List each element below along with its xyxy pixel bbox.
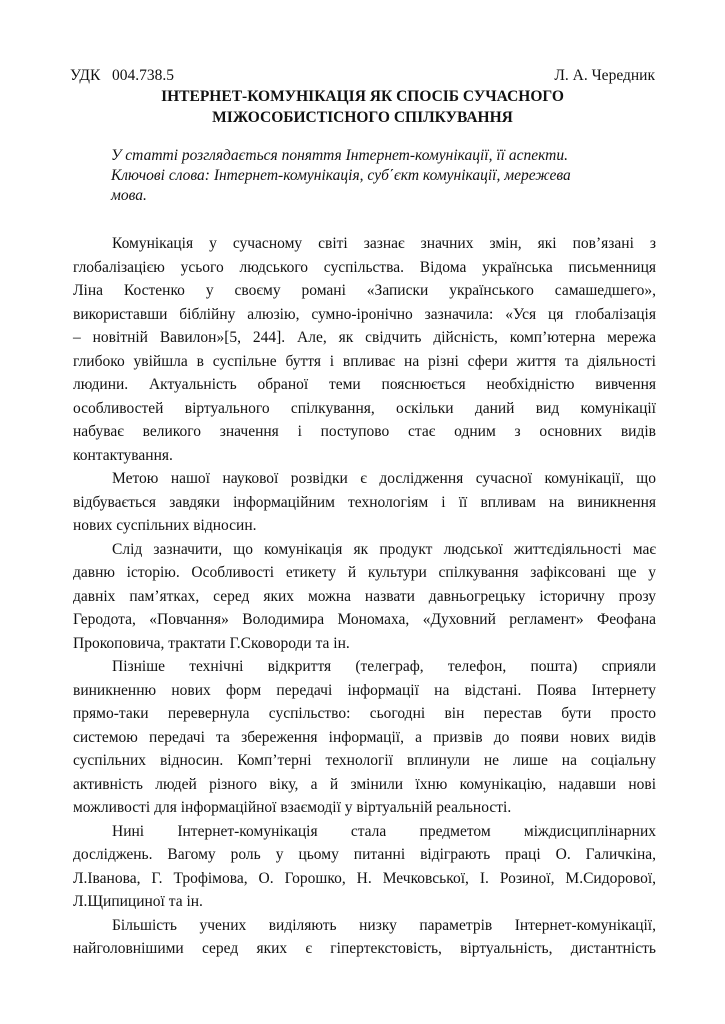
text-line: давніх пам’ятках, серед яких можна назва…	[73, 585, 656, 609]
text-line: людини. Актуальність обраної теми поясню…	[73, 373, 656, 397]
abstract: У статті розглядається поняття Інтернет-…	[111, 146, 656, 206]
text-line: системою передачі та збереження інформац…	[73, 726, 656, 750]
paragraph: Комунікація у сучасному світі зазнає зна…	[73, 232, 656, 467]
title-line-2: МІЖОСОБИСТІСНОГО СПІЛКУВАННЯ	[70, 107, 655, 128]
title-line-1: ІНТЕРНЕТ-КОМУНІКАЦІЯ ЯК СПОСІБ СУЧАСНОГО	[70, 86, 655, 107]
text-line: Метою нашої наукової розвідки є дослідже…	[73, 467, 656, 491]
text-line: Прокоповича, трактати Г.Сковороди та ін.	[73, 632, 656, 656]
text-line: глибоко увійшла в суспільне буття і впли…	[73, 350, 656, 374]
header-row: УДК 004.738.5 Л. А. Чередник	[70, 66, 655, 86]
text-line: Слід зазначити, що комунікація як продук…	[73, 538, 656, 562]
text-line: активність людей різного віку, а й зміни…	[73, 773, 656, 797]
paragraph: Метою нашої наукової розвідки є дослідже…	[73, 467, 656, 538]
text-line: виникненню нових форм передачі інформаці…	[73, 679, 656, 703]
keywords-line: мова.	[111, 186, 656, 206]
author-name: Л. А. Чередник	[554, 66, 655, 86]
text-line: Ліна Костенко у своєму романі «Записки у…	[73, 279, 656, 303]
text-line: нових суспільних відносин.	[73, 514, 656, 538]
text-line: – новітній Вавилон»[5, 244]. Але, як сві…	[73, 326, 656, 350]
paragraph: Нині Інтернет-комунікація стала предмето…	[73, 820, 656, 914]
article-body: Комунікація у сучасному світі зазнає зна…	[73, 232, 656, 961]
paragraph: Пізніше технічні відкриття (телеграф, те…	[73, 655, 656, 820]
keywords-line: Ключові слова: Інтернет-комунікація, суб…	[111, 166, 656, 186]
text-line: давню історію. Особливості етикету й кул…	[73, 561, 656, 585]
text-line: набуває великого значення і поступово ст…	[73, 420, 656, 444]
text-line: відбувається завдяки інформаційним техно…	[73, 491, 656, 515]
text-line: Л.Щипициної та ін.	[73, 890, 656, 914]
text-line: найголовнішими серед яких є гіпертекстов…	[73, 937, 656, 961]
article-title: ІНТЕРНЕТ-КОМУНІКАЦІЯ ЯК СПОСІБ СУЧАСНОГО…	[70, 86, 655, 128]
text-line: Нині Інтернет-комунікація стала предмето…	[73, 820, 656, 844]
udk-code: УДК 004.738.5	[70, 66, 174, 86]
text-line: суспільних відносин. Комп’терні технолог…	[73, 749, 656, 773]
text-line: використавши біблійну алюзію, сумно-ірон…	[73, 303, 656, 327]
document-page: УДК 004.738.5 Л. А. Чередник ІНТЕРНЕТ-КО…	[0, 0, 725, 1024]
paragraph: Слід зазначити, що комунікація як продук…	[73, 538, 656, 656]
text-line: досліджень. Вагому роль у цьому питанні …	[73, 843, 656, 867]
text-line: глобалізацією усього людського суспільст…	[73, 256, 656, 280]
paragraph: Більшість учених виділяють низку парамет…	[73, 914, 656, 961]
text-line: особливостей віртуального спілкування, о…	[73, 397, 656, 421]
text-line: контактування.	[73, 444, 656, 468]
text-line: Л.Іванова, Г. Трофімова, О. Горошко, Н. …	[73, 867, 656, 891]
text-line: Більшість учених виділяють низку парамет…	[73, 914, 656, 938]
text-line: можливості для інформаційної взаємодії у…	[73, 796, 656, 820]
abstract-line: У статті розглядається поняття Інтернет-…	[111, 146, 656, 166]
text-line: Геродота, «Повчання» Володимира Мономаха…	[73, 608, 656, 632]
text-line: Пізніше технічні відкриття (телеграф, те…	[73, 655, 656, 679]
text-line: Комунікація у сучасному світі зазнає зна…	[73, 232, 656, 256]
text-line: прямо-таки перевернула суспільство: сьог…	[73, 702, 656, 726]
